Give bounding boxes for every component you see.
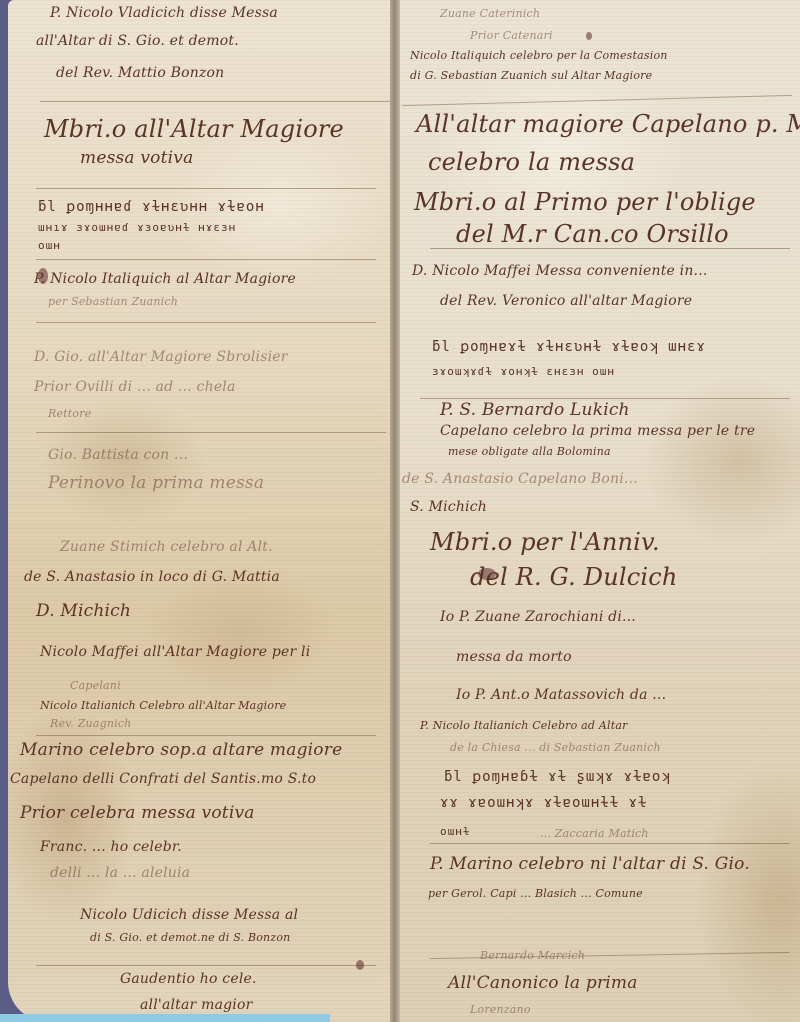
- handwritten-line: de S. Anastasio Capelano Boni...: [402, 472, 638, 486]
- ink-blot: [586, 32, 592, 40]
- handwritten-line: D. Michich: [36, 603, 131, 620]
- handwritten-line: Franc. ... ho celebr.: [40, 840, 182, 854]
- handwritten-line: S. Michich: [410, 500, 487, 514]
- handwritten-line: Capelani: [70, 680, 121, 691]
- cipher-line: ƃl ꝑoɱʜʜɐɗ ɤɫʜɛʋʜʜ ɤɫɐoʜ: [38, 200, 265, 214]
- handwritten-line: D. Gio. all'Altar Magiore Sbrolisier: [34, 350, 288, 364]
- handwritten-line: messa da morto: [456, 650, 572, 664]
- handwritten-line: Lorenzano: [470, 1004, 531, 1015]
- handwritten-line: per Gerol. Capi ... Blasich ... Comune: [428, 888, 643, 899]
- handwritten-line: di S. Gio. et demot.ne di S. Bonzon: [90, 932, 290, 943]
- handwritten-line: Capelano delli Confrati del Santis.mo S.…: [10, 772, 316, 786]
- handwritten-line: Zuane Stimich celebro al Alt.: [60, 540, 273, 554]
- ruled-line: [36, 965, 376, 966]
- handwritten-line: Zuane Caterinich: [440, 8, 540, 19]
- handwritten-line: Prior celebra messa votiva: [20, 805, 255, 822]
- handwritten-line: del Rev. Veronico all'altar Magiore: [440, 294, 692, 308]
- handwritten-line: di G. Sebastian Zuanich sul Altar Magior…: [410, 70, 652, 81]
- handwritten-line: del Rev. Mattio Bonzon: [56, 66, 224, 80]
- handwritten-line: messa votiva: [80, 150, 193, 167]
- handwritten-line: Rev. Zuagnich: [50, 718, 131, 729]
- handwritten-line: Prior Catenari: [470, 30, 553, 41]
- ruled-line: [40, 101, 390, 102]
- cipher-line: ƃl ꝑoɱʜɐɓɫ ɤɫ ʂɯʞɤ ɤɫɐoʞ: [444, 770, 671, 784]
- handwritten-line: del R. G. Dulcich: [470, 565, 678, 589]
- handwritten-line: Io P. Ant.o Matassovich da ...: [456, 688, 666, 702]
- cipher-line: ɯʜıɤ ɜɤoɯʜɐɗ ɤɜoɐʋʜɫ ʜɤɛɜʜ: [38, 222, 236, 233]
- handwritten-line: Nicolo Maffei all'Altar Magiore per li: [40, 645, 310, 659]
- handwritten-line: P. Marino celebro ni l'altar di S. Gio.: [430, 856, 750, 873]
- handwritten-line: mese obligate alla Bolomina: [448, 446, 611, 457]
- ruled-line: [36, 188, 376, 189]
- handwritten-line: all'Altar di S. Gio. et demot.: [36, 34, 239, 48]
- handwritten-line: D. Nicolo Maffei Messa conveniente in...: [412, 264, 708, 278]
- handwritten-line: Io P. Zuane Zarochiani di...: [440, 610, 636, 624]
- entry-heading: Mbri.o per l'Anniv.: [430, 530, 660, 554]
- handwritten-line: del M.r Can.co Orsillo: [456, 222, 729, 246]
- handwritten-line: Perinovo la prima messa: [48, 475, 264, 492]
- handwritten-line: Nicolo Udicich disse Messa al: [80, 908, 298, 922]
- handwritten-line: P. Nicolo Vladicich disse Messa: [50, 6, 278, 20]
- handwritten-line: P. Nicolo Italianich Celebro ad Altar: [420, 720, 628, 731]
- ruled-line: [36, 432, 386, 433]
- cipher-line: ɤɤ ɤɐoɯʜʞɤ ɤɫɐoɯʜɫɫ ɤɫ: [440, 796, 647, 810]
- handwritten-line: P. S. Bernardo Lukich: [440, 402, 630, 419]
- ruled-line: [430, 248, 790, 249]
- handwritten-line: all'altar magior: [140, 998, 252, 1012]
- ruled-line: [430, 843, 790, 844]
- ruled-line: [36, 259, 376, 260]
- handwritten-line: de la Chiesa ... di Sebastian Zuanich: [450, 742, 661, 753]
- scan-background-strip: [0, 1014, 330, 1022]
- handwritten-line: P. Nicolo Italiquich al Altar Magiore: [34, 272, 296, 286]
- handwritten-line: delli ... la ... aleluia: [50, 866, 190, 880]
- entry-heading: Mbri.o all'Altar Magiore: [44, 117, 344, 141]
- entry-heading: Mbri.o al Primo per l'oblige: [414, 190, 756, 214]
- book-spine: [390, 0, 400, 1022]
- entry-heading: All'altar magiore Capelano p. Marino: [416, 112, 800, 136]
- handwritten-line: Prior Ovilli di ... ad ... chela: [34, 380, 236, 394]
- ruled-line: [36, 322, 376, 323]
- handwritten-line: Gaudentio ho cele.: [120, 972, 257, 986]
- handwritten-line: Rettore: [48, 408, 91, 419]
- handwritten-line: celebro la messa: [428, 150, 635, 174]
- ruled-line: [36, 735, 376, 736]
- handwritten-line: Gio. Battista con ...: [48, 448, 188, 462]
- handwritten-line: Bernardo Marcich: [480, 950, 585, 961]
- handwritten-line: per Sebastian Zuanich: [48, 296, 178, 307]
- ink-blot: [478, 568, 496, 580]
- cipher-line: oɯʜɫ: [440, 826, 471, 837]
- handwritten-line: de S. Anastasio in loco di G. Mattia: [24, 570, 280, 584]
- cipher-line: ƃl ꝑoɱʜɐɤɫ ɤɫʜɛʋʜɫ ɤɫɐoʞ ɯʜɛɤ: [432, 340, 706, 354]
- cipher-line: ɜɤoɯʞɤɗɫ ɤoʜʞɫ ɛʜɛɜʜ oɯʜ: [432, 366, 615, 377]
- handwritten-line: All'Canonico la prima: [448, 975, 638, 992]
- handwritten-line: Nicolo Italianich Celebro all'Altar Magi…: [40, 700, 286, 711]
- handwritten-line: ... Zaccaria Matich: [540, 828, 649, 839]
- ink-blot: [356, 960, 364, 970]
- handwritten-line: Nicolo Italiquich celebro per la Comesta…: [410, 50, 668, 61]
- ruled-line: [420, 398, 790, 399]
- ink-blot: [38, 268, 48, 284]
- handwritten-line: Marino celebro sop.a altare magiore: [20, 742, 342, 759]
- handwritten-line: Capelano celebro la prima messa per le t…: [440, 424, 755, 438]
- cipher-line: oɯʜ: [38, 240, 61, 251]
